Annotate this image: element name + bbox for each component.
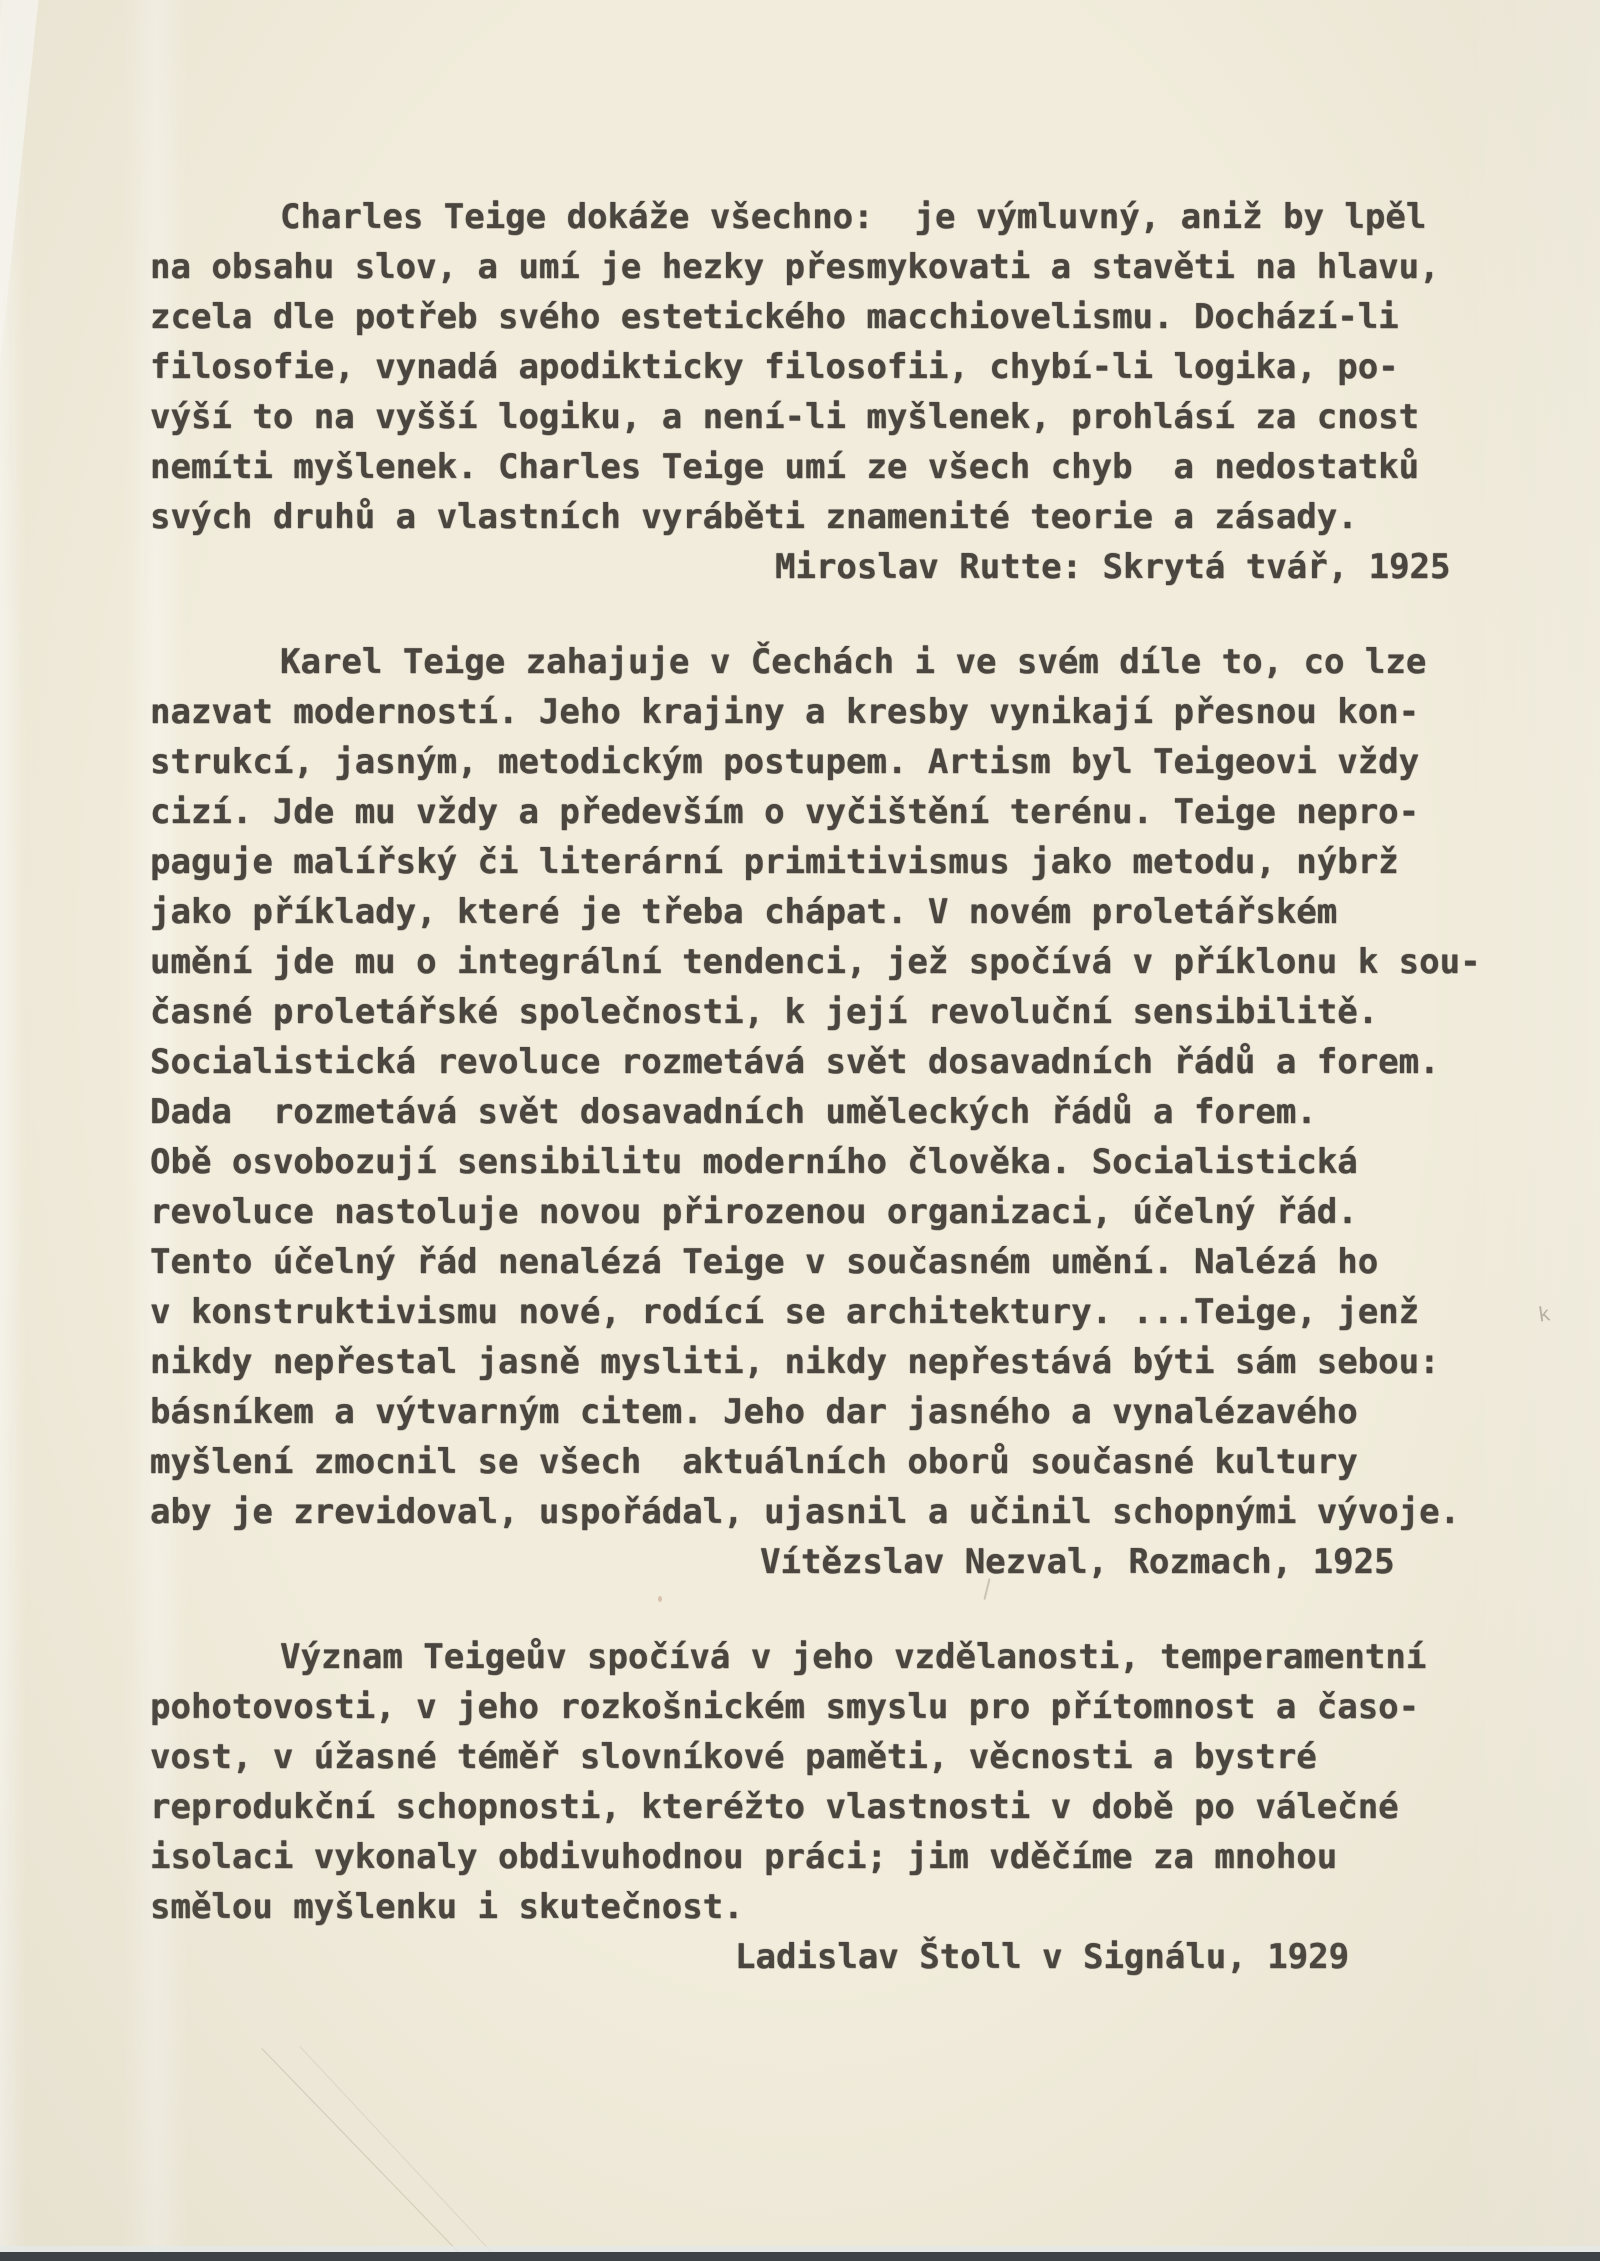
text-line: Charles Teige dokáže všechno: je výmluvn… — [150, 192, 1550, 242]
text-line: svých druhů a vlastních vyráběti znameni… — [150, 492, 1550, 542]
text-line: nemíti myšlenek. Charles Teige umí ze vš… — [150, 442, 1550, 492]
text-line: Dada rozmetává svět dosavadních umělecký… — [150, 1087, 1550, 1137]
text-line: Socialistická revoluce rozmetává svět do… — [150, 1037, 1550, 1087]
text-line: cizí. Jde mu vždy a především o vyčištěn… — [150, 787, 1550, 837]
text-line: časné proletářské společnosti, k její re… — [150, 987, 1550, 1037]
paragraph: Význam Teigeův spočívá v jeho vzdělanost… — [150, 1632, 1550, 1932]
text-line: isolaci vykonaly obdivuhodnou práci; jim… — [150, 1832, 1550, 1882]
text-line: aby je zrevidoval, uspořádal, ujasnil a … — [150, 1487, 1550, 1537]
text-line: Tento účelný řád nenalézá Teige v součas… — [150, 1237, 1550, 1287]
text-line: reprodukční schopnosti, kteréžto vlastno… — [150, 1782, 1550, 1832]
text-line: zcela dle potřeb svého estetického macch… — [150, 292, 1550, 342]
scanned-page: Charles Teige dokáže všechno: je výmluvn… — [0, 0, 1600, 2261]
text-line: filosofie, vynadá apodikticky filosofii,… — [150, 342, 1550, 392]
attribution-line: Ladislav Štoll v Signálu, 1929 — [735, 1932, 1550, 1982]
text-line: pohotovosti, v jeho rozkošnickém smyslu … — [150, 1682, 1550, 1732]
text-line: umění jde mu o integrální tendenci, jež … — [150, 937, 1550, 987]
scan-bottom-edge — [0, 2252, 1600, 2261]
ink-speck — [658, 1596, 662, 1602]
text-line: nazvat moderností. Jeho krajiny a kresby… — [150, 687, 1550, 737]
paper-crease — [299, 2046, 498, 2259]
typewritten-text: Charles Teige dokáže všechno: je výmluvn… — [150, 192, 1550, 1982]
text-line: revoluce nastoluje novou přirozenou orga… — [150, 1187, 1550, 1237]
text-line: myšlení zmocnil se všech aktuálních obor… — [150, 1437, 1550, 1487]
attribution-line: Vítězslav Nezval, Rozmach, 1925 — [760, 1537, 1550, 1587]
text-line: paguje malířský či literární primitivism… — [150, 837, 1550, 887]
text-line: nikdy nepřestal jasně mysliti, nikdy nep… — [150, 1337, 1550, 1387]
attribution-line: Miroslav Rutte: Skrytá tvář, 1925 — [775, 542, 1550, 592]
text-line: strukcí, jasným, metodickým postupem. Ar… — [150, 737, 1550, 787]
text-line: Obě osvobozují sensibilitu moderního člo… — [150, 1137, 1550, 1187]
text-line: Karel Teige zahajuje v Čechách i ve svém… — [150, 637, 1550, 687]
page-left-edge — [0, 0, 26, 2261]
text-line: na obsahu slov, a umí je hezky přesmykov… — [150, 242, 1550, 292]
text-line: básníkem a výtvarným citem. Jeho dar jas… — [150, 1387, 1550, 1437]
paragraph: Karel Teige zahajuje v Čechách i ve svém… — [150, 637, 1550, 1537]
paper-crease — [261, 2048, 470, 2261]
text-line: vost, v úžasné téměř slovníkové paměti, … — [150, 1732, 1550, 1782]
text-line: smělou myšlenku i skutečnost. — [150, 1882, 1550, 1932]
text-line: výší to na vyšší logiku, a není-li myšle… — [150, 392, 1550, 442]
text-line: v konstruktivismu nové, rodící se archit… — [150, 1287, 1550, 1337]
text-line: jako příklady, které je třeba chápat. V … — [150, 887, 1550, 937]
text-line: Význam Teigeův spočívá v jeho vzdělanost… — [150, 1632, 1550, 1682]
paragraph: Charles Teige dokáže všechno: je výmluvn… — [150, 192, 1550, 542]
